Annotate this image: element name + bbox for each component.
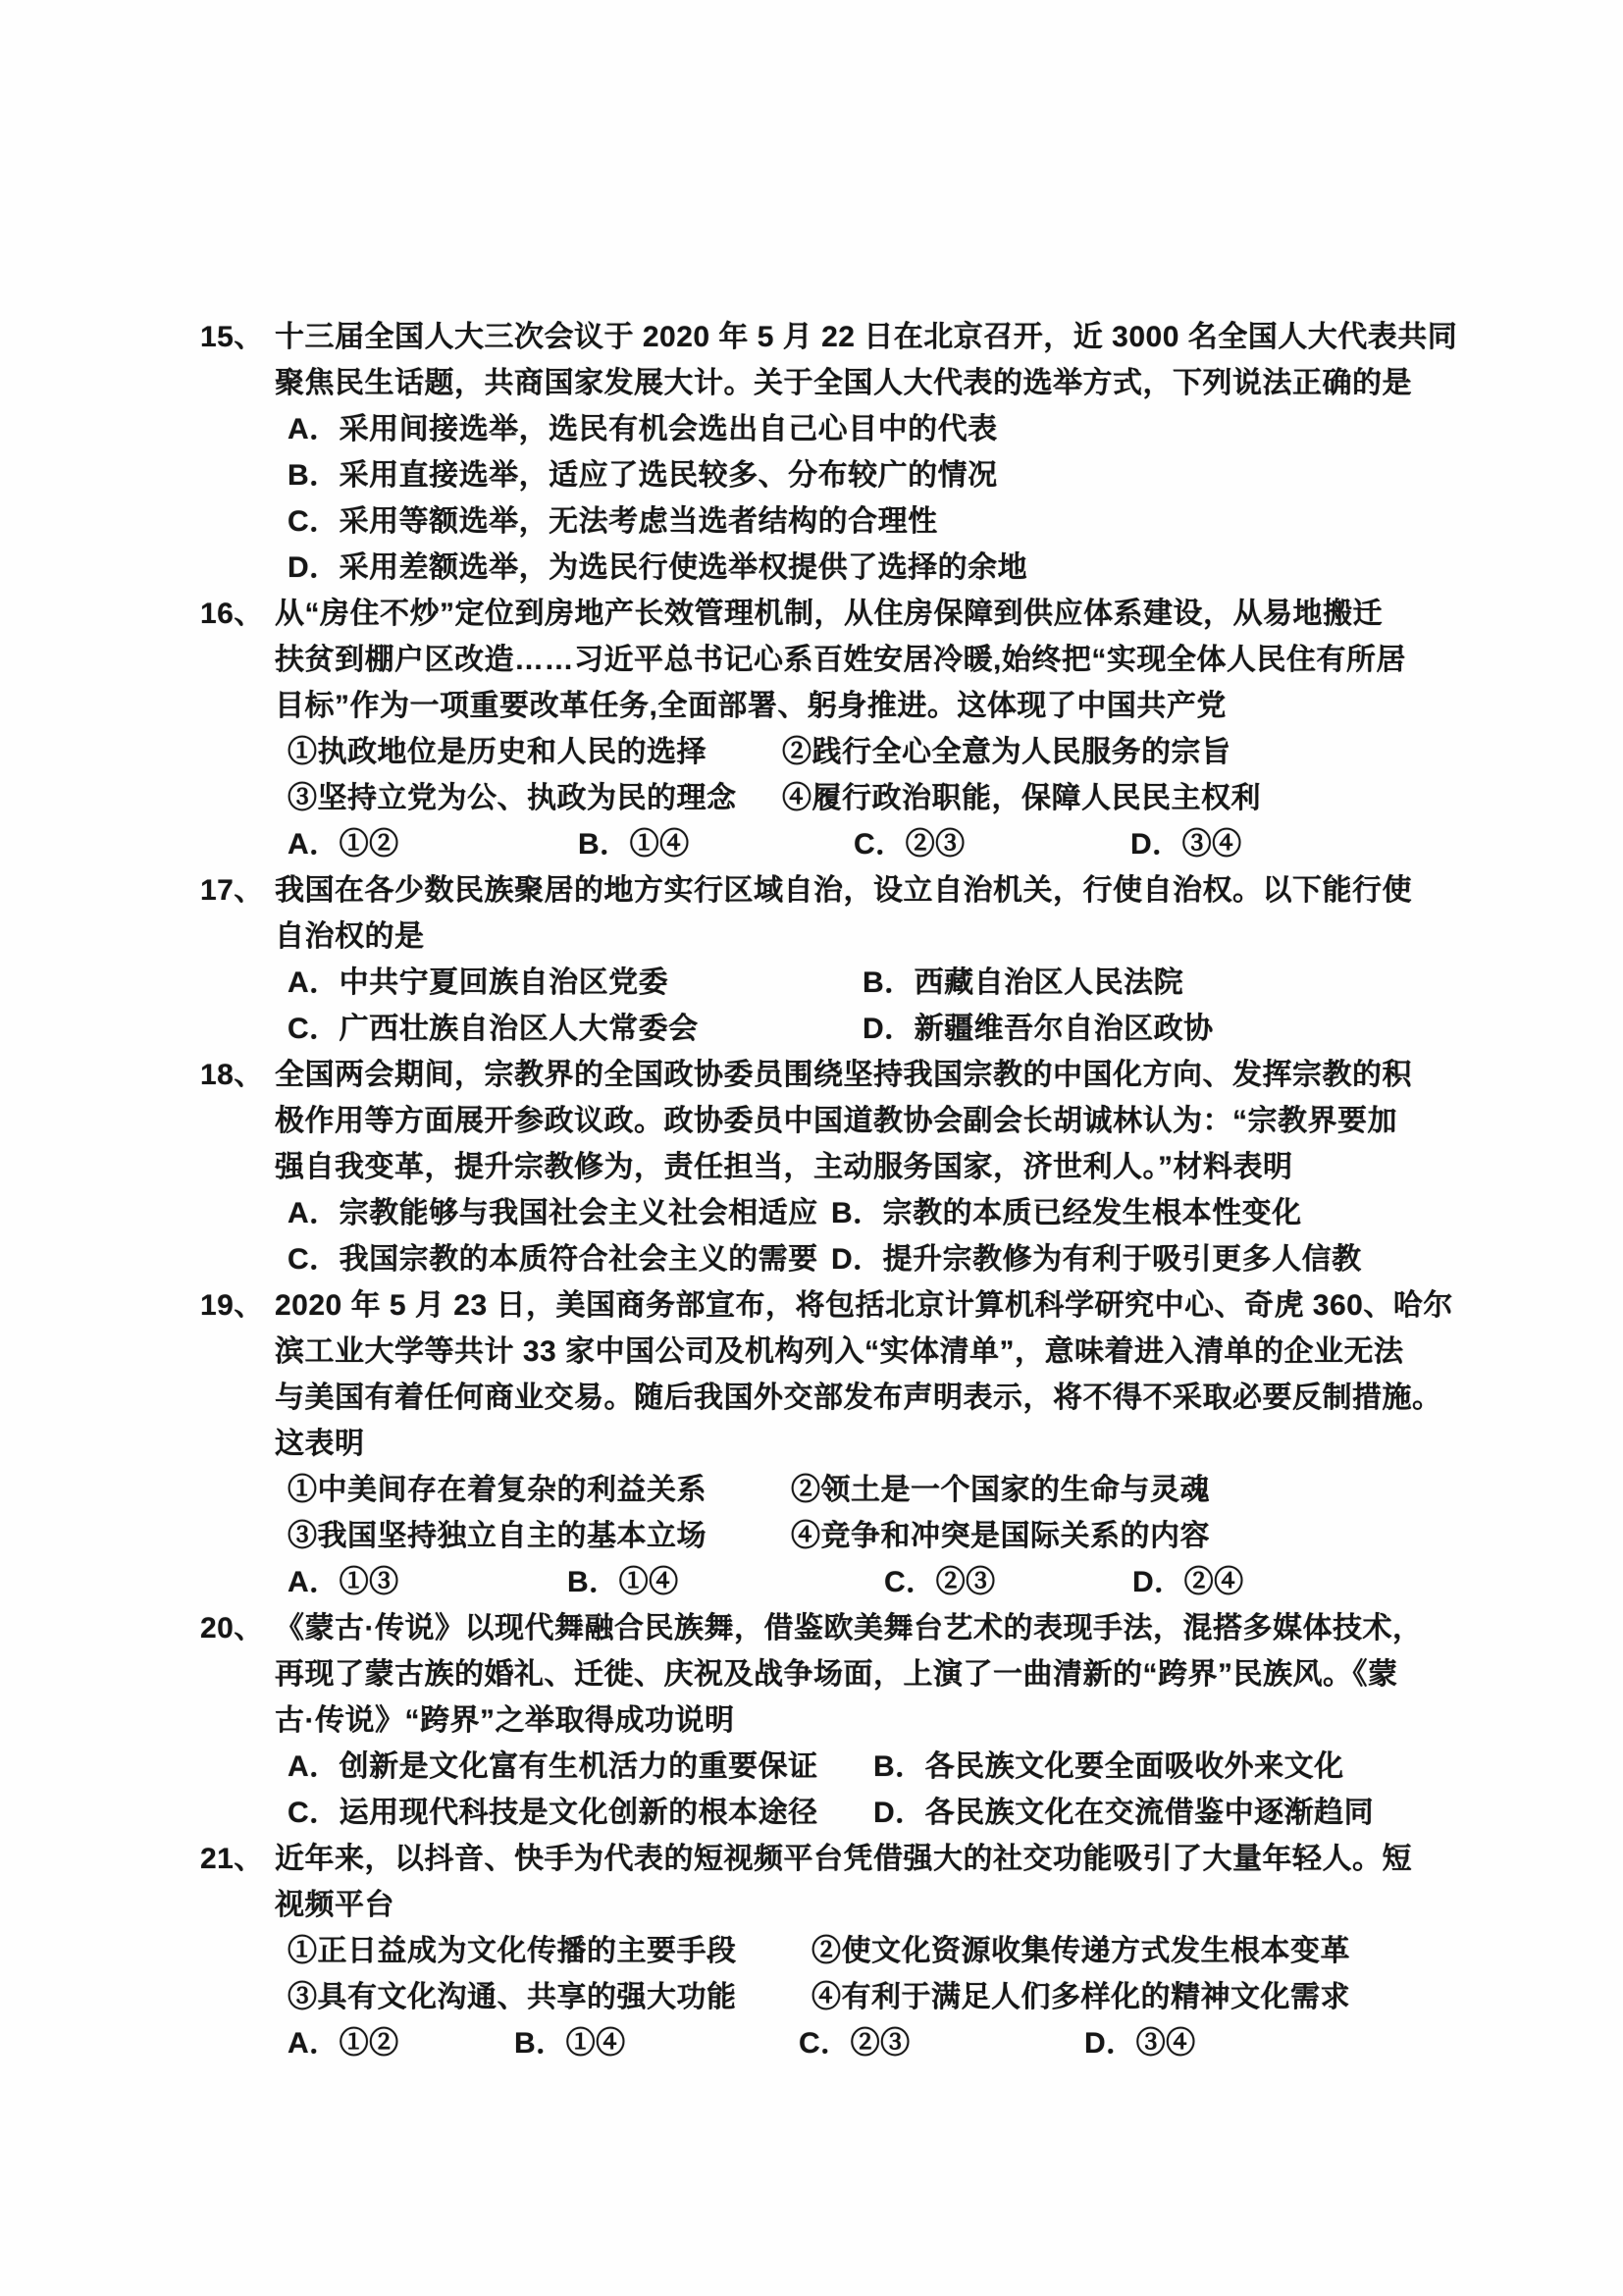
question-21-statement-row: ③具有文化沟通、共享的强大功能 ④有利于满足人们多样化的精神文化需求: [275, 1974, 1427, 2020]
question-15-option-d: D．采用差额选举，为选民行使选举权提供了选择的余地: [275, 545, 1427, 591]
statement-1: ①正日益成为文化传播的主要手段: [288, 1928, 811, 1974]
question-21-answer-row: A．①② B．①④ C．②③ D．③④: [275, 2020, 1427, 2066]
question-17-stem-line: 自治权的是: [275, 913, 1427, 960]
question-20-option-d: D．各民族文化在交流借鉴中逐渐趋同: [873, 1790, 1374, 1836]
statement-4: ④履行政治职能，保障人民民主权利: [782, 775, 1261, 821]
question-15-option-c: C．采用等额选举，无法考虑当选者结构的合理性: [275, 498, 1427, 545]
question-15-stem-line: 聚焦民生话题，共商国家发展大计。关于全国人大代表的选举方式，下列说法正确的是: [275, 360, 1427, 406]
question-16-stem-line: 扶贫到棚户区改造……习近平总书记心系百姓安居冷暖,始终把“实现全体人民住有所居: [275, 637, 1427, 683]
question-17-option-c: C．广西壮族自治区人大常委会: [288, 1006, 863, 1052]
question-17-option-d: D．新疆维吾尔自治区政协: [863, 1006, 1214, 1052]
question-19-answer-row: A．①③ B．①④ C．②③ D．②④: [275, 1559, 1427, 1605]
question-18-number: 18、: [200, 1052, 275, 1098]
question-15: 15、 十三届全国人大三次会议于 2020 年 5 月 22 日在北京召开，近 …: [200, 314, 1427, 591]
question-20-option-c: C．运用现代科技是文化创新的根本途径: [288, 1790, 873, 1836]
question-17-number: 17、: [200, 867, 275, 913]
exam-questions-block: 15、 十三届全国人大三次会议于 2020 年 5 月 22 日在北京召开，近 …: [200, 314, 1427, 2066]
question-16-statement-row: ③坚持立党为公、执政为民的理念 ④履行政治职能，保障人民民主权利: [275, 775, 1427, 821]
question-16-answer-d: D．③④: [1130, 821, 1242, 867]
question-19-answer-a: A．①③: [288, 1559, 567, 1605]
question-16-answer-a: A．①②: [288, 821, 578, 867]
question-21-stem-line: 近年来，以抖音、快手为代表的短视频平台凭借强大的社交功能吸引了大量年轻人。短: [275, 1836, 1427, 1882]
statement-3: ③我国坚持独立自主的基本立场: [288, 1513, 791, 1559]
question-16-answer-b: B．①④: [578, 821, 854, 867]
question-18-option-row: A．宗教能够与我国社会主义社会相适应 B．宗教的本质已经发生根本性变化: [275, 1190, 1427, 1236]
question-15-stem-line: 十三届全国人大三次会议于 2020 年 5 月 22 日在北京召开，近 3000…: [275, 314, 1427, 360]
question-16-answer-c: C．②③: [854, 821, 1130, 867]
question-20: 20、 《蒙古·传说》以现代舞融合民族舞，借鉴欧美舞台艺术的表现手法，混搭多媒体…: [200, 1605, 1427, 1836]
question-20-option-b: B．各民族文化要全面吸收外来文化: [873, 1744, 1344, 1790]
question-17-option-row: A．中共宁夏回族自治区党委 B．西藏自治区人民法院: [275, 960, 1427, 1006]
question-21-answer-a: A．①②: [288, 2020, 514, 2066]
question-19-answer-d: D．②④: [1132, 1559, 1244, 1605]
question-17-option-a: A．中共宁夏回族自治区党委: [288, 960, 863, 1006]
question-16-statement-row: ①执政地位是历史和人民的选择 ②践行全心全意为人民服务的宗旨: [275, 729, 1427, 775]
question-20-option-a: A．创新是文化富有生机活力的重要保证: [288, 1744, 873, 1790]
question-21-statement-row: ①正日益成为文化传播的主要手段 ②使文化资源收集传递方式发生根本变革: [275, 1928, 1427, 1974]
question-16-stem-line: 目标”作为一项重要改革任务,全面部署、躬身推进。这体现了中国共产党: [275, 683, 1427, 729]
question-15-option-a: A．采用间接选举，选民有机会选出自己心目中的代表: [275, 406, 1427, 452]
question-15-number: 15、: [200, 314, 275, 360]
statement-3: ③具有文化沟通、共享的强大功能: [288, 1974, 811, 2020]
question-17: 17、 我国在各少数民族聚居的地方实行区域自治，设立自治机关，行使自治权。以下能…: [200, 867, 1427, 1052]
statement-3: ③坚持立党为公、执政为民的理念: [288, 775, 782, 821]
question-16-number: 16、: [200, 591, 275, 637]
question-17-stem-line: 我国在各少数民族聚居的地方实行区域自治，设立自治机关，行使自治权。以下能行使: [275, 867, 1427, 913]
exam-page: 15、 十三届全国人大三次会议于 2020 年 5 月 22 日在北京召开，近 …: [0, 0, 1623, 2296]
statement-2: ②践行全心全意为人民服务的宗旨: [782, 729, 1231, 775]
question-21-answer-b: B．①④: [514, 2020, 799, 2066]
question-18-stem-line: 极作用等方面展开参政议政。政协委员中国道教协会副会长胡诚林认为：“宗教界要加: [275, 1098, 1427, 1144]
question-18-option-c: C．我国宗教的本质符合社会主义的需要: [288, 1236, 831, 1282]
statement-1: ①中美间存在着复杂的利益关系: [288, 1467, 791, 1513]
question-18-option-row: C．我国宗教的本质符合社会主义的需要 D．提升宗教修为有利于吸引更多人信教: [275, 1236, 1427, 1282]
question-19: 19、 2020 年 5 月 23 日，美国商务部宣布，将包括北京计算机科学研究…: [200, 1282, 1427, 1605]
question-16-stem-line: 从“房住不炒”定位到房地产长效管理机制，从住房保障到供应体系建设，从易地搬迁: [275, 591, 1427, 637]
question-20-stem-line: 《蒙古·传说》以现代舞融合民族舞，借鉴欧美舞台艺术的表现手法，混搭多媒体技术，: [275, 1605, 1427, 1651]
question-20-stem-line: 再现了蒙古族的婚礼、迁徙、庆祝及战争场面，上演了一曲清新的“跨界”民族风。《蒙: [275, 1651, 1427, 1697]
question-21-number: 21、: [200, 1836, 275, 1882]
question-21-answer-c: C．②③: [799, 2020, 1084, 2066]
question-19-stem-line: 与美国有着任何商业交易。随后我国外交部发布声明表示，将不得不采取必要反制措施。: [275, 1375, 1427, 1421]
statement-2: ②领土是一个国家的生命与灵魂: [791, 1467, 1210, 1513]
question-21-stem-line: 视频平台: [275, 1882, 1427, 1928]
question-20-stem-line: 古·传说》“跨界”之举取得成功说明: [275, 1697, 1427, 1744]
question-19-number: 19、: [200, 1282, 275, 1329]
question-18-stem-line: 强自我变革，提升宗教修为，责任担当，主动服务国家，济世利人。”材料表明: [275, 1144, 1427, 1190]
question-19-stem-line: 2020 年 5 月 23 日，美国商务部宣布，将包括北京计算机科学研究中心、奇…: [275, 1282, 1427, 1329]
question-20-option-row: A．创新是文化富有生机活力的重要保证 B．各民族文化要全面吸收外来文化: [275, 1744, 1427, 1790]
statement-4: ④竞争和冲突是国际关系的内容: [791, 1513, 1210, 1559]
question-17-option-row: C．广西壮族自治区人大常委会 D．新疆维吾尔自治区政协: [275, 1006, 1427, 1052]
question-19-stem-line: 这表明: [275, 1421, 1427, 1467]
question-20-option-row: C．运用现代科技是文化创新的根本途径 D．各民族文化在交流借鉴中逐渐趋同: [275, 1790, 1427, 1836]
question-21: 21、 近年来，以抖音、快手为代表的短视频平台凭借强大的社交功能吸引了大量年轻人…: [200, 1836, 1427, 2066]
question-16-answer-row: A．①② B．①④ C．②③ D．③④: [275, 821, 1427, 867]
question-19-answer-c: C．②③: [884, 1559, 1132, 1605]
statement-2: ②使文化资源收集传递方式发生根本变革: [811, 1928, 1350, 1974]
question-15-option-b: B．采用直接选举，适应了选民较多、分布较广的情况: [275, 452, 1427, 498]
question-18-stem-line: 全国两会期间，宗教界的全国政协委员围绕坚持我国宗教的中国化方向、发挥宗教的积: [275, 1052, 1427, 1098]
question-17-option-b: B．西藏自治区人民法院: [863, 960, 1183, 1006]
question-19-statement-row: ①中美间存在着复杂的利益关系 ②领土是一个国家的生命与灵魂: [275, 1467, 1427, 1513]
statement-4: ④有利于满足人们多样化的精神文化需求: [811, 1974, 1350, 2020]
statement-1: ①执政地位是历史和人民的选择: [288, 729, 782, 775]
question-18-option-a: A．宗教能够与我国社会主义社会相适应: [288, 1190, 831, 1236]
question-20-number: 20、: [200, 1605, 275, 1651]
question-18-option-d: D．提升宗教修为有利于吸引更多人信教: [831, 1236, 1362, 1282]
question-21-answer-d: D．③④: [1084, 2020, 1196, 2066]
question-18-option-b: B．宗教的本质已经发生根本性变化: [831, 1190, 1302, 1236]
question-18: 18、 全国两会期间，宗教界的全国政协委员围绕坚持我国宗教的中国化方向、发挥宗教…: [200, 1052, 1427, 1282]
question-16: 16、 从“房住不炒”定位到房地产长效管理机制，从住房保障到供应体系建设，从易地…: [200, 591, 1427, 867]
question-19-statement-row: ③我国坚持独立自主的基本立场 ④竞争和冲突是国际关系的内容: [275, 1513, 1427, 1559]
question-19-answer-b: B．①④: [567, 1559, 884, 1605]
question-19-stem-line: 滨工业大学等共计 33 家中国公司及机构列入“实体清单”，意味着进入清单的企业无…: [275, 1329, 1427, 1375]
